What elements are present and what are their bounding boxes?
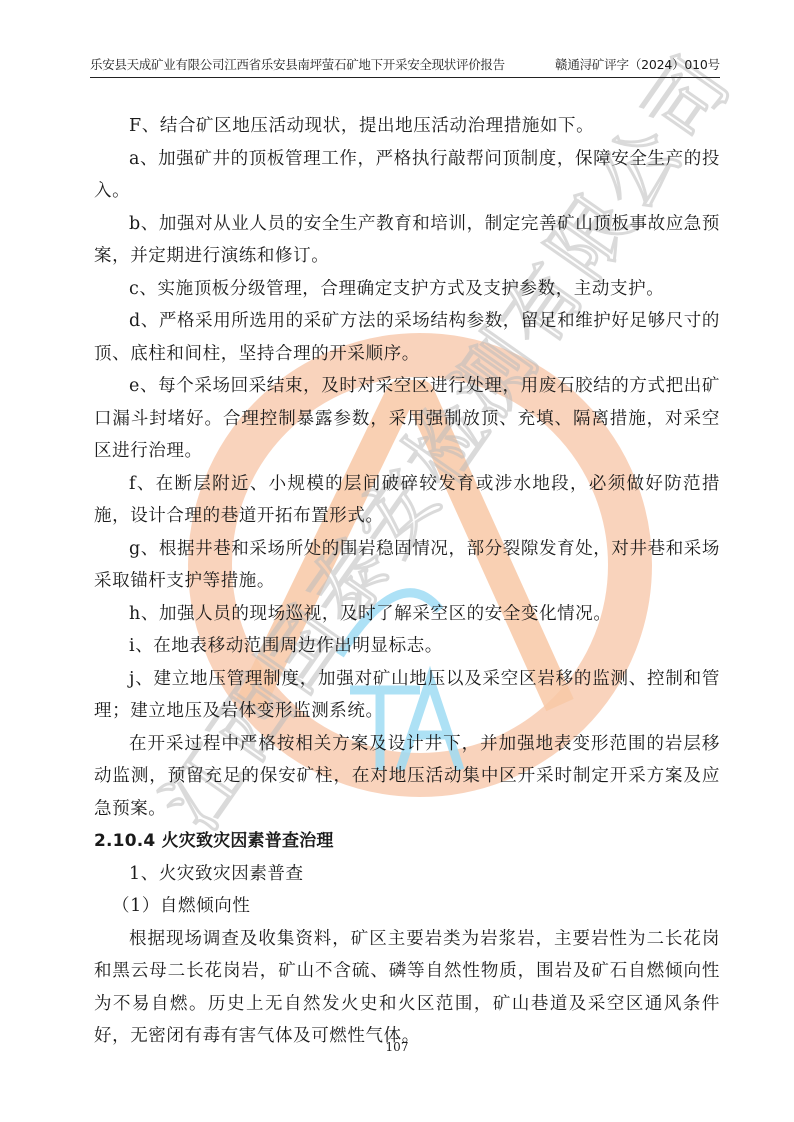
page-header: 乐安县天成矿业有限公司江西省乐安县南坪萤石矿地下开采安全现状评价报告 赣通浔矿评… [90, 55, 720, 78]
paragraph-b: b、加强对从业人员的安全生产教育和培训，制定完善矿山顶板事故应急预案，并定期进行… [94, 208, 720, 273]
paragraph-g: g、根据井巷和采场所处的围岩稳固情况，部分裂隙发育处，对井巷和采场采取锚杆支护等… [94, 533, 720, 598]
paragraph-F: F、结合矿区地压活动现状，提出地压活动治理措施如下。 [94, 110, 720, 143]
paragraph-h: h、加强人员的现场巡视，及时了解采空区的安全变化情况。 [94, 598, 720, 631]
report-title: 乐安县天成矿业有限公司江西省乐安县南坪萤石矿地下开采安全现状评价报告 [90, 55, 505, 73]
paragraph-j: j、建立地压管理制度，加强对矿山地压以及采空区岩移的监测、控制和管理；建立地压及… [94, 663, 720, 728]
subheading-spontaneous-combustion: （1）自燃倾向性 [94, 890, 720, 923]
paragraph-c: c、实施顶板分级管理，合理确定支护方式及支护参数，主动支护。 [94, 273, 720, 306]
page-number: 107 [0, 1040, 794, 1054]
paragraph-a: a、加强矿井的顶板管理工作，严格执行敲帮问顶制度，保障安全生产的投入。 [94, 143, 720, 208]
paragraph-summary: 在开采过程中严格按相关方案及设计井下，并加强地表变形范围的岩层移动监测，预留充足… [94, 728, 720, 826]
document-body: F、结合矿区地压活动现状，提出地压活动治理措施如下。 a、加强矿井的顶板管理工作… [94, 110, 720, 1053]
paragraph-d: d、严格采用所选用的采矿方法的采场结构参数，留足和维护好足够尺寸的顶、底柱和间柱… [94, 305, 720, 370]
paragraph-i: i、在地表移动范围周边作出明显标志。 [94, 630, 720, 663]
paragraph-f: f、在断层附近、小规模的层间破碎较发育或涉水地段，必须做好防范措施，设计合理的巷… [94, 468, 720, 533]
paragraph-fire: 根据现场调查及收集资料，矿区主要岩类为岩浆岩，主要岩性为二长花岗和黑云母二长花岗… [94, 923, 720, 1053]
subheading-fire-factors: 1、火灾致灾因素普查 [94, 858, 720, 891]
section-heading: 2.10.4 火灾致灾因素普查治理 [94, 825, 720, 858]
document-page: 江西国泰安检测有限公司 乐安县天成矿业有限公司江西省乐安县南坪萤石矿地下开采安全… [0, 0, 794, 1122]
document-number: 赣通浔矿评字（2024）010号 [555, 55, 720, 73]
paragraph-e: e、每个采场回采结束，及时对采空区进行处理，用废石胶结的方式把出矿口漏斗封堵好。… [94, 370, 720, 468]
